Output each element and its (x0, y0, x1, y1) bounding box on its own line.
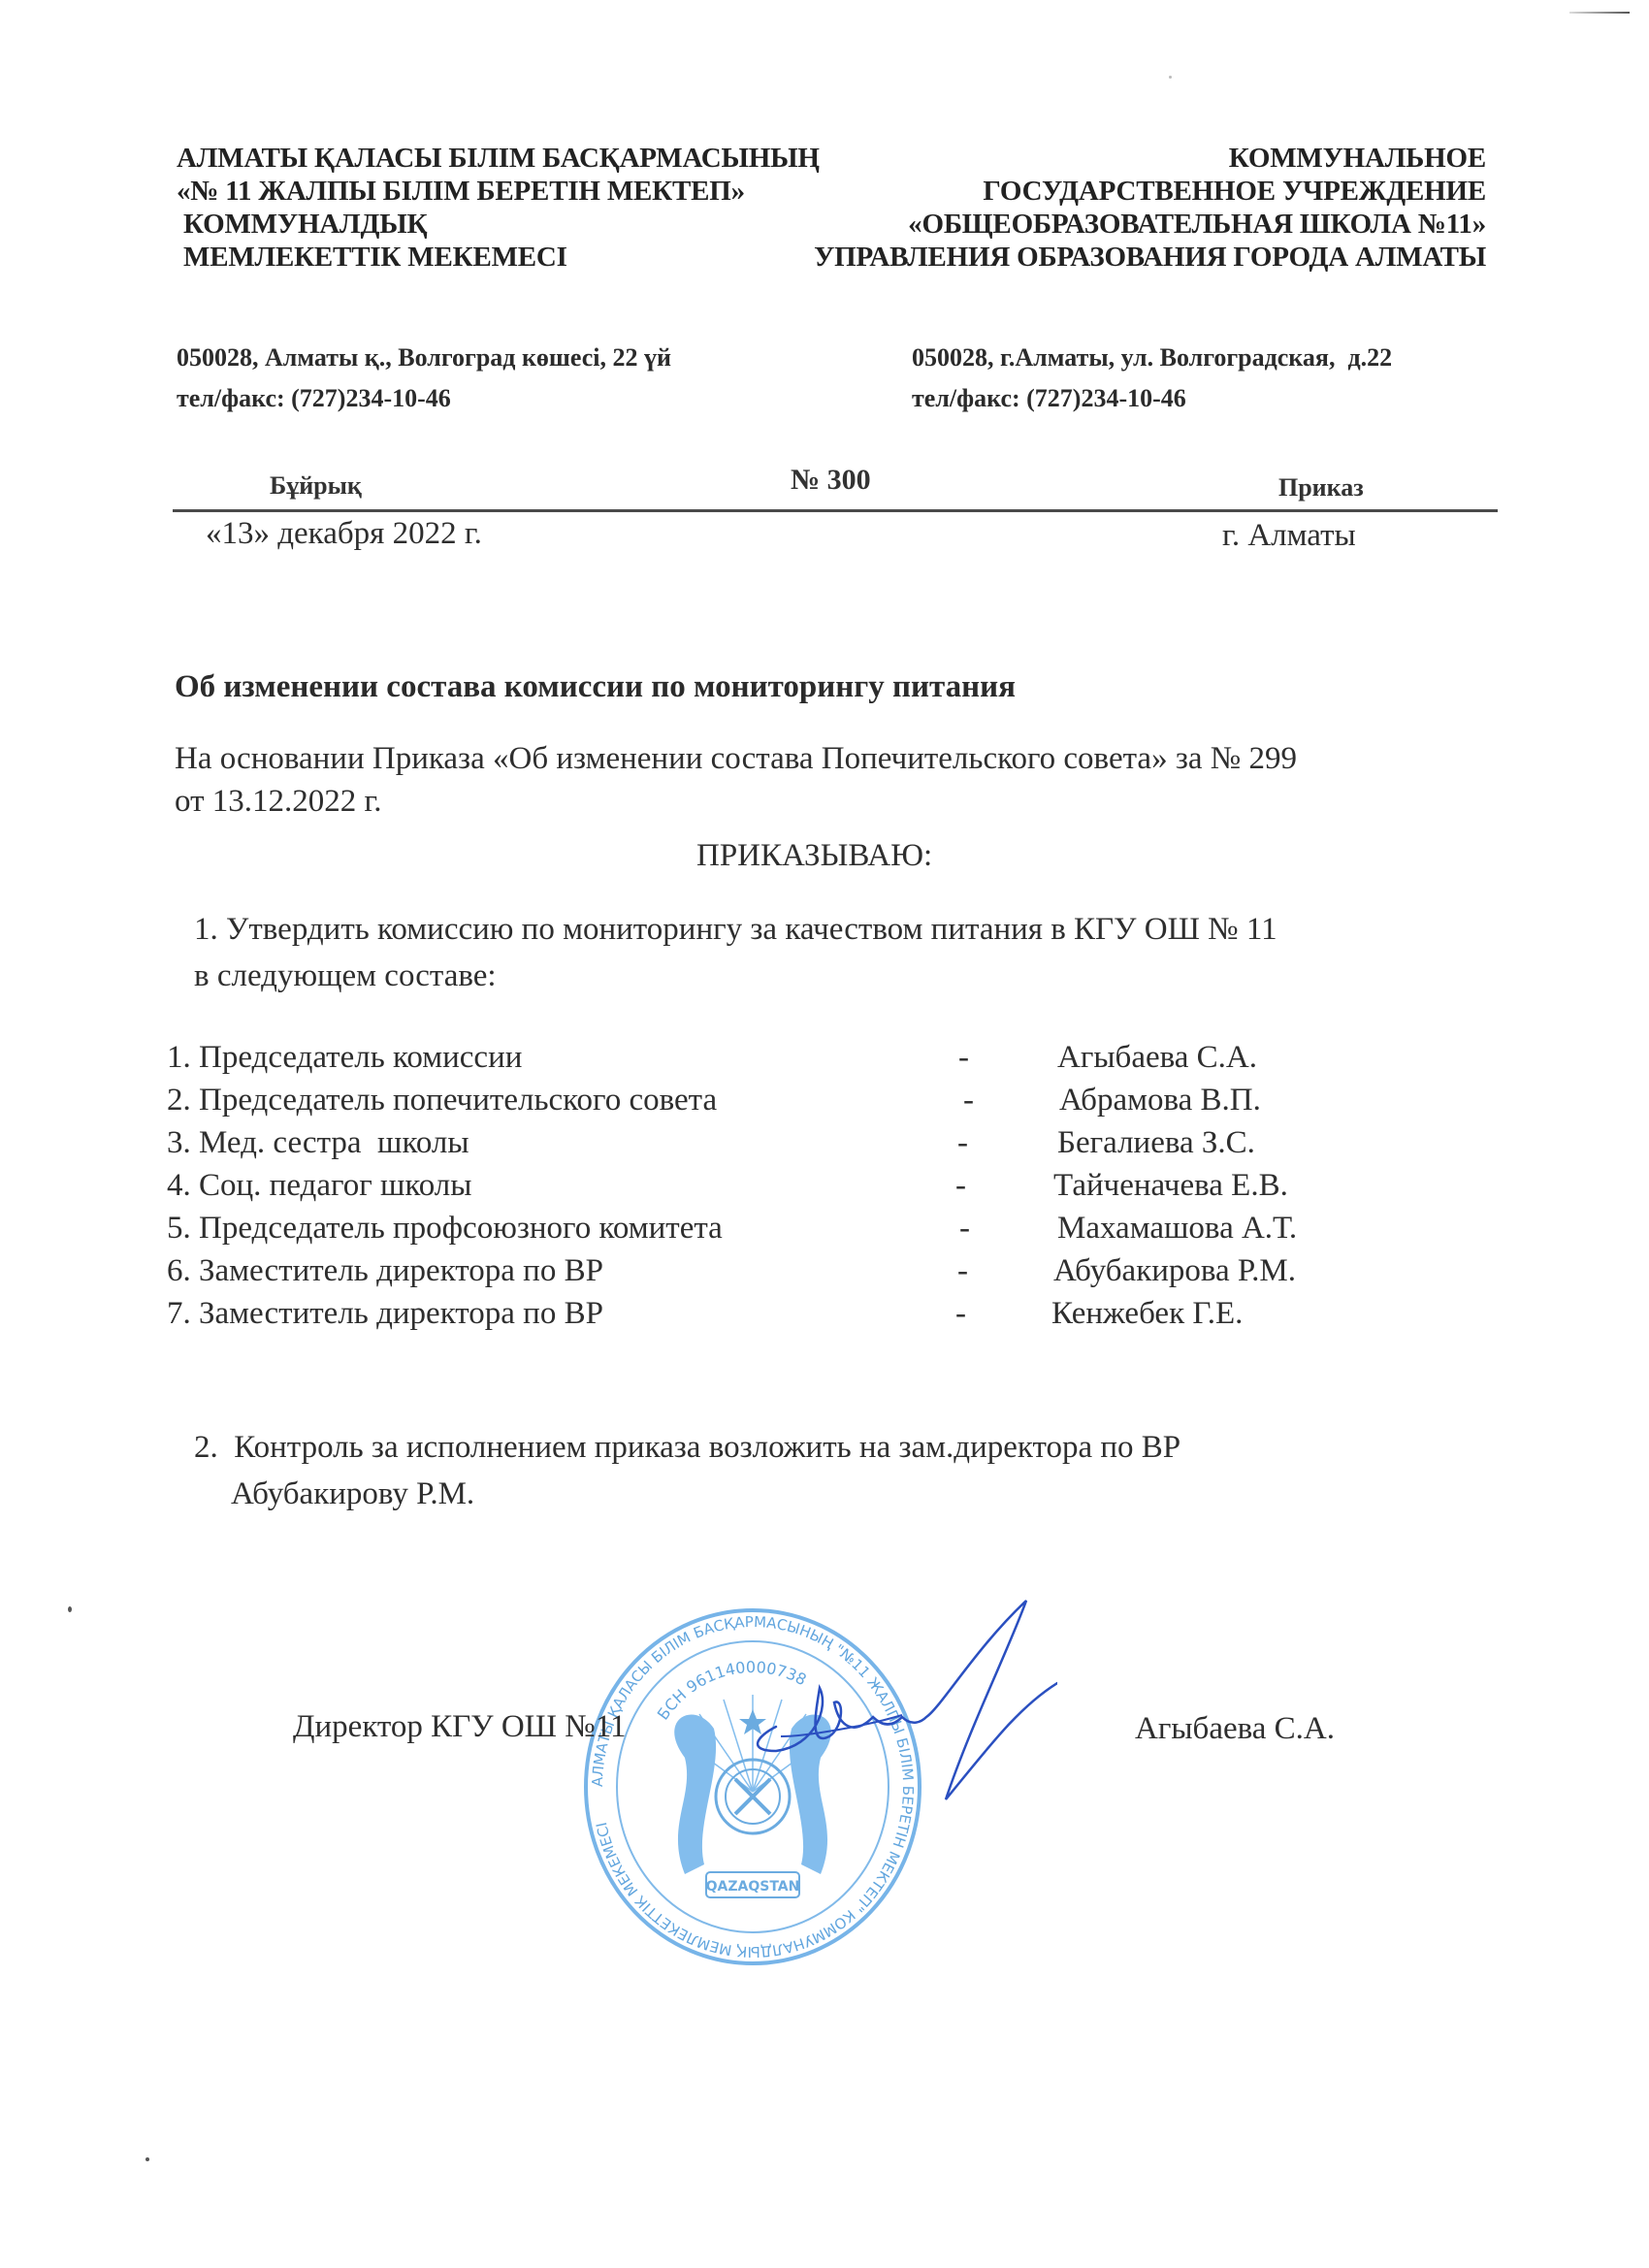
scan-speck (1169, 76, 1172, 79)
signature-name: Агыбаева С.А. (1135, 1711, 1335, 1747)
address-ru-phone: тел/факс: (727)234-10-46 (912, 378, 1392, 419)
item2-line-1: 2. Контроль за исполнением приказа возло… (194, 1430, 1180, 1466)
member-dash: - (955, 1168, 966, 1204)
signature-position: Директор КГУ ОШ №11 (293, 1709, 627, 1745)
member-name: Абрамова В.П. (1059, 1083, 1261, 1118)
header-ru-line: УПРАВЛЕНИЯ ОБРАЗОВАНИЯ ГОРОДА АЛМАТЫ (814, 241, 1486, 274)
member-name: Бегалиева З.С. (1057, 1125, 1255, 1161)
member-dash: - (959, 1211, 970, 1247)
member-role: 2. Председатель попечительского совета (167, 1083, 717, 1118)
header-kz: АЛМАТЫ ҚАЛАСЫ БІЛІМ БАСҚАРМАСЫНЫҢ «№ 11 … (177, 142, 820, 274)
basis-line-1: На основании Приказа «Об изменении соста… (175, 741, 1297, 777)
item1-line-2: в следующем составе: (194, 958, 497, 994)
header-rule (173, 509, 1498, 512)
member-role: 1. Председатель комиссии (167, 1040, 522, 1076)
member-role: 4. Соц. педагог школы (167, 1168, 471, 1204)
address-ru-street: 050028, г.Алматы, ул. Волгоградская, д.2… (912, 338, 1392, 378)
address-kz-street: 050028, Алматы қ., Волгоград көшесі, 22 … (177, 338, 671, 378)
member-name: Кенжебек Г.Е. (1051, 1296, 1243, 1332)
member-name: Агыбаева С.А. (1057, 1040, 1257, 1076)
member-dash: - (955, 1296, 966, 1332)
header-ru-line: «ОБЩЕОБРАЗОВАТЕЛЬНАЯ ШКОЛА №11» (814, 208, 1486, 241)
header-kz-line: МЕМЛЕКЕТТІК МЕКЕМЕСІ (177, 241, 820, 274)
order-word: ПРИКАЗЫВАЮ: (696, 838, 932, 874)
address-kz: 050028, Алматы қ., Волгоград көшесі, 22 … (177, 338, 671, 419)
member-name: Махамашова А.Т. (1057, 1211, 1297, 1247)
address-kz-phone: тел/факс: (727)234-10-46 (177, 378, 671, 419)
member-name: Абубакирова Р.М. (1053, 1253, 1296, 1289)
item2-line-2: Абубакирову Р.М. (231, 1476, 474, 1512)
svg-text:QAZAQSTAN: QAZAQSTAN (706, 1879, 800, 1895)
order-date: «13» декабря 2022 г. (206, 516, 482, 552)
header-kz-line: «№ 11 ЖАЛПЫ БІЛІМ БЕРЕТІН МЕКТЕП» (177, 175, 820, 208)
header-kz-line: АЛМАТЫ ҚАЛАСЫ БІЛІМ БАСҚАРМАСЫНЫҢ (177, 142, 820, 175)
scan-artifact-line (1569, 12, 1630, 14)
member-dash: - (957, 1253, 968, 1289)
member-role: 5. Председатель профсоюзного комитета (167, 1211, 723, 1247)
member-dash: - (957, 1125, 968, 1161)
order-city: г. Алматы (1222, 518, 1356, 554)
basis-line-2: от 13.12.2022 г. (175, 784, 382, 820)
member-role: 6. Заместитель директора по ВР (167, 1253, 603, 1289)
director-signature (737, 1591, 1057, 1843)
member-dash: - (963, 1083, 974, 1118)
header-kz-line: КОММУНАЛДЫҚ (177, 208, 820, 241)
order-label-kz: Бұйрық (270, 471, 362, 501)
member-name: Тайченачева Е.В. (1053, 1168, 1288, 1204)
member-role: 3. Мед. сестра школы (167, 1125, 469, 1161)
scan-speck (145, 2157, 149, 2161)
scan-speck (68, 1606, 72, 1612)
header-ru: КОММУНАЛЬНОЕ ГОСУДАРСТВЕННОЕ УЧРЕЖДЕНИЕ … (814, 142, 1486, 274)
header-ru-line: ГОСУДАРСТВЕННОЕ УЧРЕЖДЕНИЕ (814, 175, 1486, 208)
item1-line-1: 1. Утвердить комиссию по мониторингу за … (194, 912, 1277, 948)
address-ru: 050028, г.Алматы, ул. Волгоградская, д.2… (912, 338, 1392, 419)
order-label-ru: Приказ (1278, 473, 1364, 502)
order-number: № 300 (791, 464, 871, 497)
header-ru-line: КОММУНАЛЬНОЕ (814, 142, 1486, 175)
member-dash: - (958, 1040, 969, 1076)
member-role: 7. Заместитель директора по ВР (167, 1296, 603, 1332)
document-title: Об изменении состава комиссии по монитор… (175, 669, 1016, 705)
